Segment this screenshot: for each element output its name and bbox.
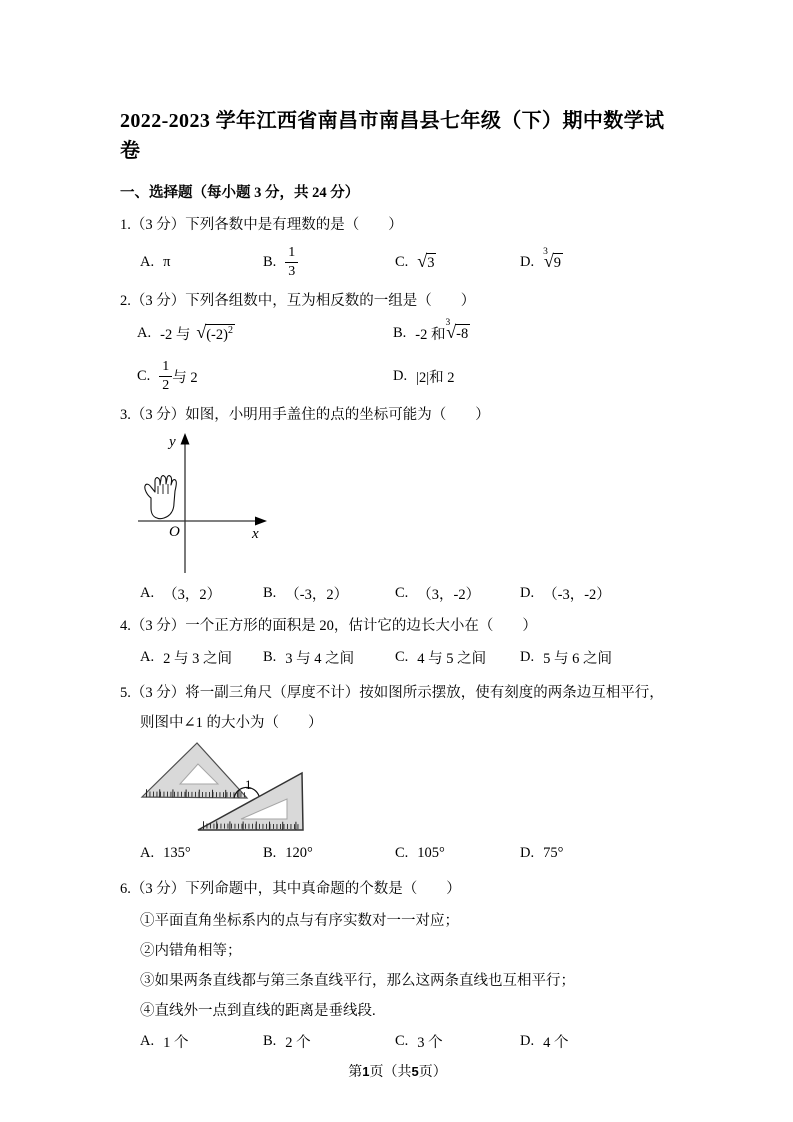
option-label: D. <box>520 649 534 666</box>
coordinate-figure-svg: y x O <box>135 431 285 576</box>
option-text: 4 与 5 之间 <box>417 647 486 668</box>
fraction-denominator: 2 <box>162 377 169 393</box>
fraction: 1 3 <box>285 245 298 279</box>
question-3-options: A.（3，2） B.（-3，2） C.（3，-2） D.（-3，-2） <box>120 579 675 607</box>
question-4-options: A.2 与 3 之间 B.3 与 4 之间 C.4 与 5 之间 D.5 与 6… <box>120 643 675 671</box>
question-2-stem: 2.（3 分）下列各组数中，互为相反数的一组是（ ） <box>120 288 675 314</box>
option-c: C.（3，-2） <box>395 583 520 604</box>
option-label: B. <box>263 585 276 602</box>
option-label: A. <box>137 325 151 342</box>
option-label: B. <box>393 325 406 342</box>
option-label: C. <box>395 845 408 862</box>
option-label: D. <box>393 368 407 385</box>
hand-icon <box>145 476 177 519</box>
option-text: （-3，-2） <box>543 583 611 604</box>
option-label: C. <box>395 254 408 271</box>
radicand: 3 <box>426 253 436 272</box>
option-a: A.（3，2） <box>140 583 263 604</box>
option-text: （-3，2） <box>285 583 348 604</box>
fraction-numerator: 1 <box>285 245 298 262</box>
footer-text: 第 <box>348 1065 362 1080</box>
fraction-denominator: 3 <box>288 263 295 279</box>
option-d: D.75° <box>520 845 563 862</box>
option-d: D. |2|和 2 <box>393 366 455 387</box>
option-c: C.105° <box>395 845 520 862</box>
left-ruler-ticks <box>146 794 245 795</box>
option-text: π <box>163 254 170 271</box>
option-a: A. -2 与 √ (-2)2 <box>137 323 393 344</box>
option-d: D.5 与 6 之间 <box>520 647 612 668</box>
option-text: 5 与 6 之间 <box>543 647 612 668</box>
option-b: B.2 个 <box>263 1031 395 1052</box>
footer-text: 页） <box>419 1065 447 1080</box>
triangle-ruler-svg: 1 <box>135 738 315 838</box>
option-a: A.2 与 3 之间 <box>140 647 263 668</box>
option-text: 1 个 <box>163 1031 188 1052</box>
option-text: 与 2 <box>172 366 197 387</box>
option-d: D.4 个 <box>520 1031 568 1052</box>
option-text: 2 个 <box>285 1031 310 1052</box>
statement-item-3: ③如果两条直线都与第三条直线平行，那么这两条直线也互相平行； <box>120 966 675 996</box>
fraction-numerator: 1 <box>159 359 172 376</box>
option-b: B. -2 和 3 √ -8 <box>393 323 470 344</box>
footer-total-pages: 5 <box>412 1064 419 1079</box>
fraction: 1 2 <box>159 359 172 393</box>
option-label: C. <box>395 649 408 666</box>
option-label: B. <box>263 845 276 862</box>
x-axis-arrow-icon <box>255 517 267 526</box>
option-text: 3 个 <box>417 1031 442 1052</box>
option-text: （3，-2） <box>417 583 480 604</box>
option-d: D.（-3，-2） <box>520 583 611 604</box>
footer-page-number: 1 <box>362 1064 369 1079</box>
option-a: A. π <box>140 254 263 271</box>
coordinate-figure: y x O <box>120 431 675 579</box>
radicand-exponent: 2 <box>228 325 233 336</box>
option-label: A. <box>140 254 154 271</box>
question-2-options-row-1: A. -2 与 √ (-2)2 B. -2 和 3 √ -8 <box>120 314 675 352</box>
option-text: 120° <box>285 845 313 862</box>
radicand: -8 <box>455 324 470 343</box>
option-label: B. <box>263 254 276 271</box>
option-label: D. <box>520 254 534 271</box>
question-4-stem: 4.（3 分）一个正方形的面积是 20，估计它的边长大小在（ ） <box>120 613 675 639</box>
question-5-stem: 5.（3 分）将一副三角尺（厚度不计）按如图所示摆放，使有刻度的两条边互相平行，… <box>120 678 675 738</box>
option-label: C. <box>395 585 408 602</box>
option-text: 2 与 3 之间 <box>163 647 232 668</box>
question-1-stem: 1.（3 分）下列各数中是有理数的是（ ） <box>120 212 675 238</box>
angle-label: 1 <box>245 777 252 792</box>
sqrt-radical: √ 3 <box>417 252 436 271</box>
option-label: D. <box>520 845 534 862</box>
option-label: C. <box>395 1033 408 1050</box>
root-index: 3 <box>543 247 548 257</box>
origin-label: O <box>169 524 180 540</box>
question-5-options: A.135° B.120° C.105° D.75° <box>120 838 675 868</box>
option-b: B. 1 3 <box>263 245 395 279</box>
exam-page: 2022-2023 学年江西省南昌市南昌县七年级（下）期中数学试卷 一、选择题（… <box>0 0 793 1122</box>
option-label: B. <box>263 649 276 666</box>
option-text: |2|和 2 <box>416 366 454 387</box>
option-label: A. <box>140 649 154 666</box>
option-b: B.3 与 4 之间 <box>263 647 395 668</box>
option-label: A. <box>140 1033 154 1050</box>
footer-text: 页（共 <box>370 1065 412 1080</box>
cube-root-radical: 3 √ -8 <box>446 323 471 342</box>
option-a: A.1 个 <box>140 1031 263 1052</box>
question-1-options: A. π B. 1 3 C. √ 3 D. 3 √ 9 <box>120 238 675 286</box>
sqrt-radical: √ (-2)2 <box>196 323 235 343</box>
statement-item-1: ①平面直角坐标系内的点与有序实数对一一对应； <box>120 906 675 936</box>
y-axis-label: y <box>167 434 176 450</box>
option-c: C. √ 3 <box>395 252 520 271</box>
option-label: D. <box>520 1033 534 1050</box>
option-text: 4 个 <box>543 1031 568 1052</box>
section-header: 一、选择题（每小题 3 分，共 24 分） <box>120 182 675 204</box>
root-index: 3 <box>446 318 451 328</box>
option-text: -2 和 <box>415 323 445 344</box>
cube-root-radical: 3 √ 9 <box>543 252 563 271</box>
page-title: 2022-2023 学年江西省南昌市南昌县七年级（下）期中数学试卷 <box>120 106 675 166</box>
question-2-options-row-2: C. 1 2 与 2 D. |2|和 2 <box>120 352 675 400</box>
option-text: 135° <box>163 845 191 862</box>
option-text: 105° <box>417 845 445 862</box>
radicand: 9 <box>553 253 563 272</box>
option-label: B. <box>263 1033 276 1050</box>
option-label: A. <box>140 585 154 602</box>
statement-item-4: ④直线外一点到直线的距离是垂线段. <box>120 996 675 1026</box>
option-text: 75° <box>543 845 563 862</box>
radicand: (-2)2 <box>205 324 235 344</box>
option-d: D. 3 √ 9 <box>520 252 563 271</box>
y-axis-arrow-icon <box>181 433 190 445</box>
option-c: C.4 与 5 之间 <box>395 647 520 668</box>
option-label: A. <box>140 845 154 862</box>
option-a: A.135° <box>140 845 263 862</box>
option-text: 3 与 4 之间 <box>285 647 354 668</box>
x-axis-label: x <box>251 526 259 542</box>
option-b: B.120° <box>263 845 395 862</box>
option-text: （3，2） <box>163 583 221 604</box>
statement-item-2: ②内错角相等； <box>120 936 675 966</box>
option-b: B.（-3，2） <box>263 583 395 604</box>
question-3-stem: 3.（3 分）如图，小明用手盖住的点的坐标可能为（ ） <box>120 402 675 428</box>
option-c: C. 1 2 与 2 <box>137 359 393 393</box>
option-label: D. <box>520 585 534 602</box>
option-c: C.3 个 <box>395 1031 520 1052</box>
option-label: C. <box>137 368 150 385</box>
question-6-stem: 6.（3 分）下列命题中，其中真命题的个数是（ ） <box>120 876 675 902</box>
page-footer: 第1页（共5页） <box>120 1062 675 1083</box>
option-text: -2 与 <box>160 323 190 344</box>
question-6-options: A.1 个 B.2 个 C.3 个 D.4 个 <box>120 1026 675 1056</box>
triangle-ruler-figure: 1 <box>120 738 675 838</box>
radicand-base: (-2) <box>206 327 228 343</box>
